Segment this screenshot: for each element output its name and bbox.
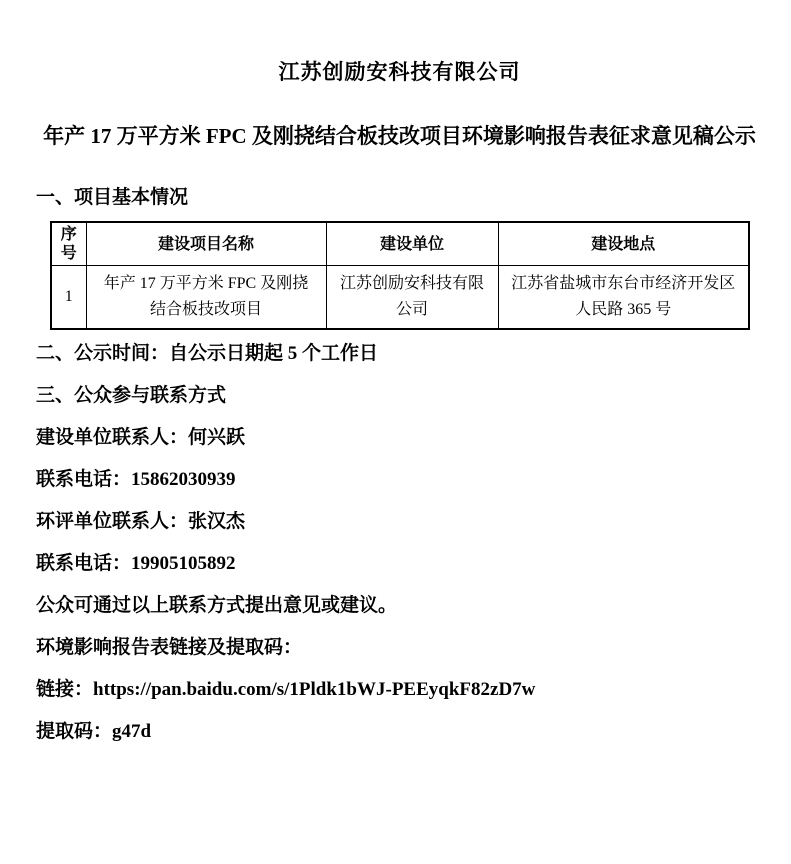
section-1-heading: 一、项目基本情况 xyxy=(36,187,763,208)
extraction-code-label: 提取码： xyxy=(36,721,112,742)
extraction-code-line: 提取码：g47d xyxy=(36,722,763,742)
report-link-line: 链接：https://pan.baidu.com/s/1Pldk1bWJ-PEE… xyxy=(36,680,763,700)
table-header-location: 建设地点 xyxy=(498,222,749,266)
project-info-table: 序号 建设项目名称 建设单位 建设地点 1 年产 17 万平方米 FPC 及刚挠… xyxy=(50,221,750,330)
feedback-note-line: 公众可通过以上联系方式提出意见或建议。 xyxy=(36,596,763,616)
table-header-construction-unit: 建设单位 xyxy=(326,222,498,266)
company-title: 江苏创励安科技有限公司 xyxy=(36,60,763,84)
section-2-heading: 二、公示时间：自公示日期起 5 个工作日 xyxy=(36,344,763,364)
document-page: 江苏创励安科技有限公司 年产 17 万平方米 FPC 及刚挠结合板技改项目环境影… xyxy=(0,0,791,864)
cell-index: 1 xyxy=(51,266,86,330)
table-header-index: 序号 xyxy=(51,222,86,266)
announcement-title: 年产 17 万平方米 FPC 及刚挠结合板技改项目环境影响报告表征求意见稿公示 xyxy=(36,123,763,149)
eia-phone-line: 联系电话：19905105892 xyxy=(36,554,763,574)
table-header-row: 序号 建设项目名称 建设单位 建设地点 xyxy=(51,222,749,266)
cell-location: 江苏省盐城市东台市经济开发区人民路 365 号 xyxy=(498,266,749,330)
link-label: 链接： xyxy=(36,679,93,700)
extraction-code-value: g47d xyxy=(112,721,151,742)
construction-contact-line: 建设单位联系人：何兴跃 xyxy=(36,428,763,448)
cell-project-name: 年产 17 万平方米 FPC 及刚挠结合板技改项目 xyxy=(86,266,326,330)
section-3-heading: 三、公众参与联系方式 xyxy=(36,386,763,406)
table-row: 1 年产 17 万平方米 FPC 及刚挠结合板技改项目 江苏创励安科技有限公司 … xyxy=(51,266,749,330)
table-header-project-name: 建设项目名称 xyxy=(86,222,326,266)
report-link-heading: 环境影响报告表链接及提取码： xyxy=(36,638,763,658)
construction-phone-line: 联系电话：15862030939 xyxy=(36,470,763,490)
baidu-pan-link: https://pan.baidu.com/s/1Pldk1bWJ-PEEyqk… xyxy=(93,679,535,700)
eia-contact-line: 环评单位联系人：张汉杰 xyxy=(36,512,763,532)
cell-construction-unit: 江苏创励安科技有限公司 xyxy=(326,266,498,330)
